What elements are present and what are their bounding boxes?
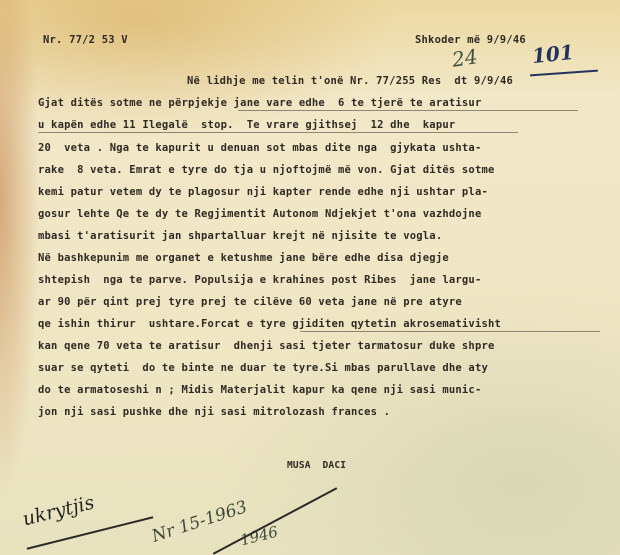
body-line: do te armatoseshi n ; Midis Materjalit k… [38, 384, 481, 396]
body-line: ar 90 për qint prej tyre prej te cilëve … [38, 296, 462, 308]
typed-signature: MUSA DACI [287, 460, 346, 471]
body-line: gosur lehte Qe te dy te Regjimentit Auto… [38, 208, 481, 220]
body-line: mbasi t'aratisurit jan shpartalluar krej… [38, 230, 442, 242]
body-line: jon nji sasi pushke dhe nji sasi mitrolo… [38, 406, 390, 418]
scanned-document: Nr. 77/2 53 V Shkoder më 9/9/46 24 101 N… [0, 0, 620, 555]
body-line: u kapën edhe 11 Ilegalë stop. Te vrare g… [38, 119, 455, 131]
body-line: rake 8 veta. Emrat e tyre do tja u njoft… [38, 164, 495, 176]
underline-mark [38, 132, 518, 133]
body-line: kan qene 70 veta te aratisur dhenji sasi… [38, 340, 495, 352]
handwritten-underline [530, 70, 598, 77]
handwritten-signature: ukrytjis [20, 492, 96, 531]
body-line: kemi patur vetem dy te plagosur nji kapt… [38, 186, 488, 198]
body-line: shtepish nga te parve. Populsija e krahi… [38, 274, 481, 286]
handwritten-archive-number: Nr 15-1963 [149, 497, 249, 547]
body-line: suar se qyteti do te binte ne duar te ty… [38, 362, 488, 374]
underline-mark [238, 110, 578, 111]
body-line: Gjat ditës sotme ne përpjekje jane vare … [38, 97, 481, 109]
underline-mark [300, 331, 600, 332]
body-line: 20 veta . Nga te kapurit u denuan sot mb… [38, 142, 481, 154]
handwritten-number-green: 24 [450, 44, 479, 71]
document-reference-number: Nr. 77/2 53 V [43, 34, 128, 46]
handwritten-number-blue: 101 [531, 40, 575, 68]
body-line: Në bashkepunim me organet e ketushme jan… [38, 252, 449, 264]
body-line: qe ishin thirur ushtare.Forcat e tyre gj… [38, 318, 501, 330]
subject-line: Në lidhje me telin t'onë Nr. 77/255 Res … [187, 75, 513, 87]
